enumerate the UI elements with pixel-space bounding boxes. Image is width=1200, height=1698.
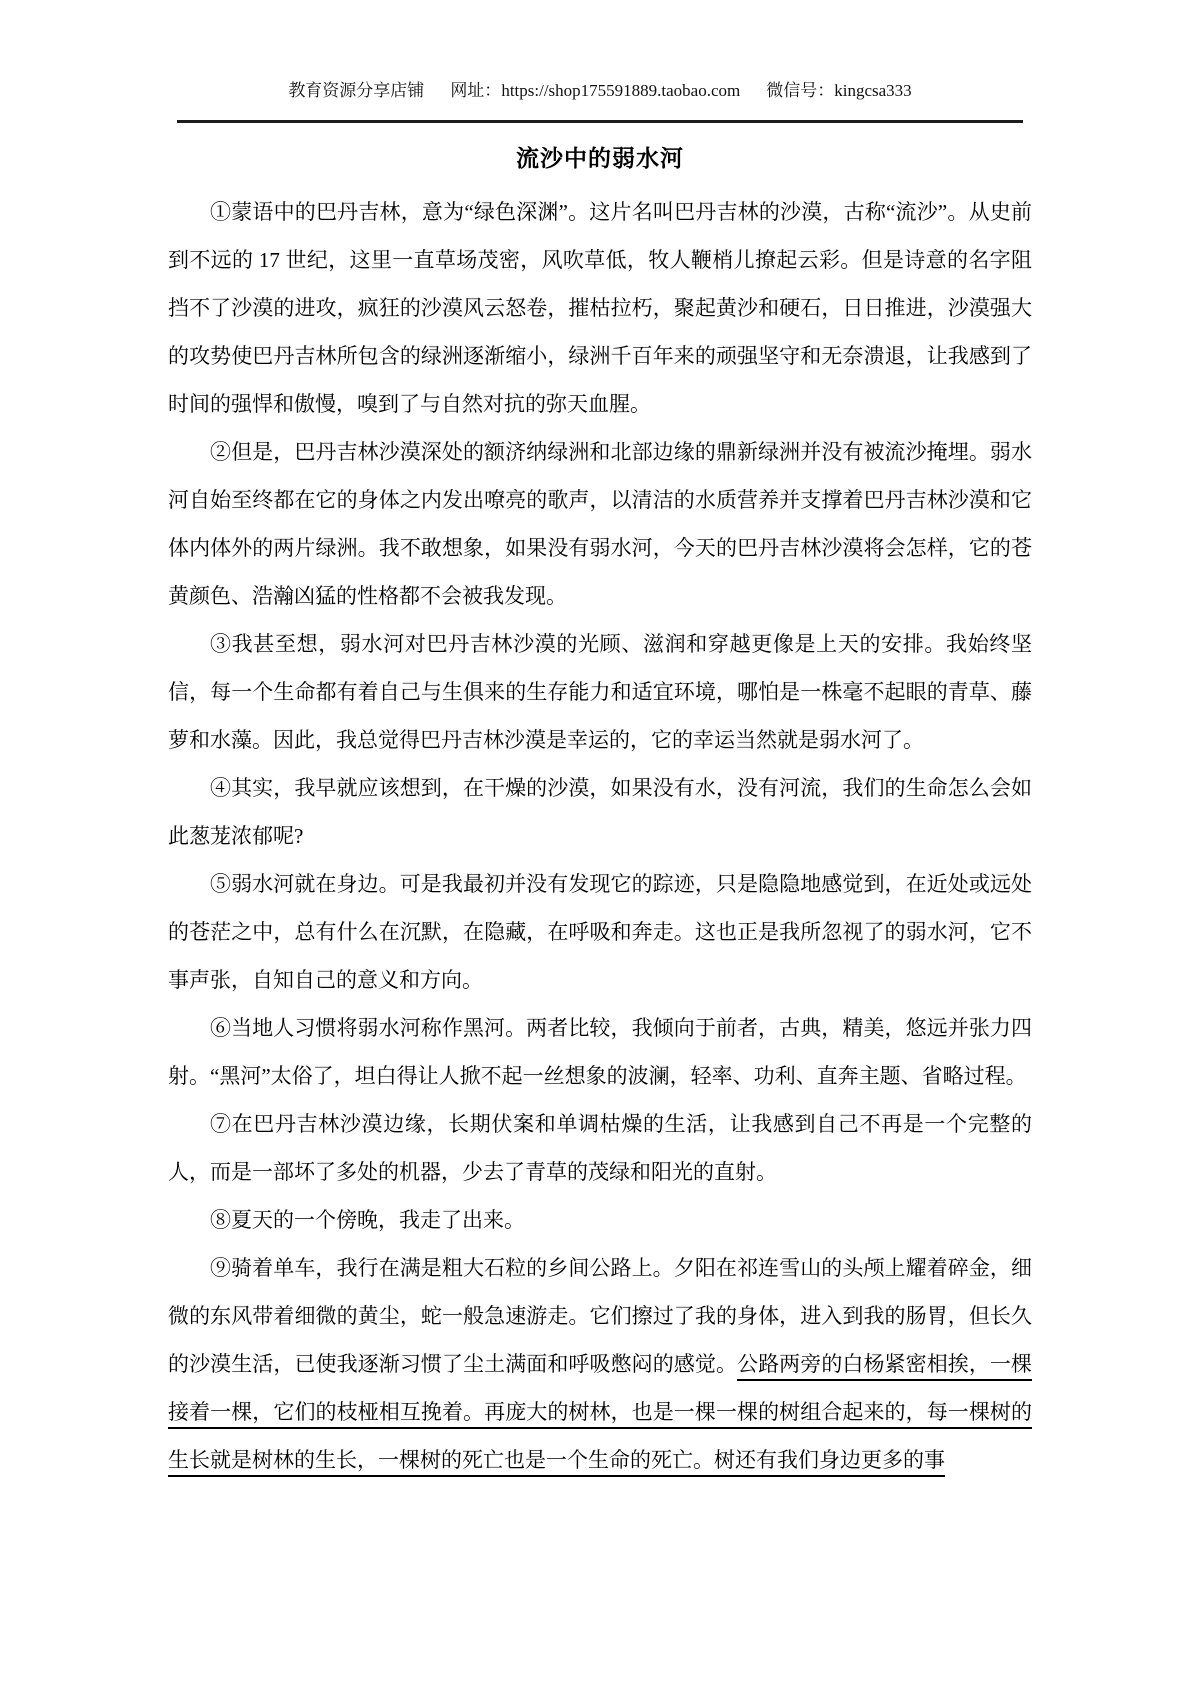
paragraph: ⑥当地人习惯将弱水河称作黑河。两者比较，我倾向于前者，古典，精美，悠远并张力四射… (168, 1004, 1032, 1100)
header-divider (177, 120, 1023, 123)
paragraph: ①蒙语中的巴丹吉林，意为“绿色深渊”。这片名叫巴丹吉林的沙漠，古称“流沙”。从史… (168, 188, 1032, 428)
text-segment: ①蒙语中的巴丹吉林，意为“绿色深渊”。这片名叫巴丹吉林的沙漠，古称“流沙”。从史… (168, 200, 1032, 416)
page-header: 教育资源分享店铺网址：https://shop175591889.taobao.… (0, 76, 1200, 101)
wechat-label: 微信号： (766, 81, 834, 100)
shop-name: 教育资源分享店铺 (288, 81, 424, 100)
wechat-id: kingcsa333 (834, 81, 911, 100)
paragraph: ②但是，巴丹吉林沙漠深处的额济纳绿洲和北部边缘的鼎新绿洲并没有被流沙掩埋。弱水河… (168, 428, 1032, 620)
text-segment: ④其实，我早就应该想到，在干燥的沙漠，如果没有水，没有河流，我们的生命怎么会如此… (168, 776, 1032, 848)
shop-url: https://shop175591889.taobao.com (501, 81, 740, 100)
paragraph: ⑦在巴丹吉林沙漠边缘，长期伏案和单调枯燥的生活，让我感到自己不再是一个完整的人，… (168, 1100, 1032, 1196)
text-segment: ⑤弱水河就在身边。可是我最初并没有发现它的踪迹，只是隐隐地感觉到，在近处或远处的… (168, 872, 1032, 992)
article-title: 流沙中的弱水河 (168, 138, 1032, 180)
article: 流沙中的弱水河 ①蒙语中的巴丹吉林，意为“绿色深渊”。这片名叫巴丹吉林的沙漠，古… (168, 138, 1032, 1484)
text-segment: ⑥当地人习惯将弱水河称作黑河。两者比较，我倾向于前者，古典，精美，悠远并张力四射… (168, 1016, 1032, 1088)
article-body: ①蒙语中的巴丹吉林，意为“绿色深渊”。这片名叫巴丹吉林的沙漠，古称“流沙”。从史… (168, 188, 1032, 1484)
paragraph: ⑧夏天的一个傍晚，我走了出来。 (168, 1196, 1032, 1244)
text-segment: ⑦在巴丹吉林沙漠边缘，长期伏案和单调枯燥的生活，让我感到自己不再是一个完整的人，… (168, 1112, 1032, 1184)
paragraph: ⑨骑着单车，我行在满是粗大石粒的乡间公路上。夕阳在祁连雪山的头颅上耀着碎金，细微… (168, 1244, 1032, 1484)
paragraph: ④其实，我早就应该想到，在干燥的沙漠，如果没有水，没有河流，我们的生命怎么会如此… (168, 764, 1032, 860)
text-segment: ⑧夏天的一个傍晚，我走了出来。 (210, 1208, 525, 1232)
paragraph: ③我甚至想，弱水河对巴丹吉林沙漠的光顾、滋润和穿越更像是上天的安排。我始终坚信，… (168, 620, 1032, 764)
text-segment: ③我甚至想，弱水河对巴丹吉林沙漠的光顾、滋润和穿越更像是上天的安排。我始终坚信，… (168, 632, 1032, 752)
document-page: 教育资源分享店铺网址：https://shop175591889.taobao.… (0, 0, 1200, 1698)
paragraph: ⑤弱水河就在身边。可是我最初并没有发现它的踪迹，只是隐隐地感觉到，在近处或远处的… (168, 860, 1032, 1004)
url-label: 网址： (450, 81, 501, 100)
text-segment: ②但是，巴丹吉林沙漠深处的额济纳绿洲和北部边缘的鼎新绿洲并没有被流沙掩埋。弱水河… (168, 440, 1032, 608)
